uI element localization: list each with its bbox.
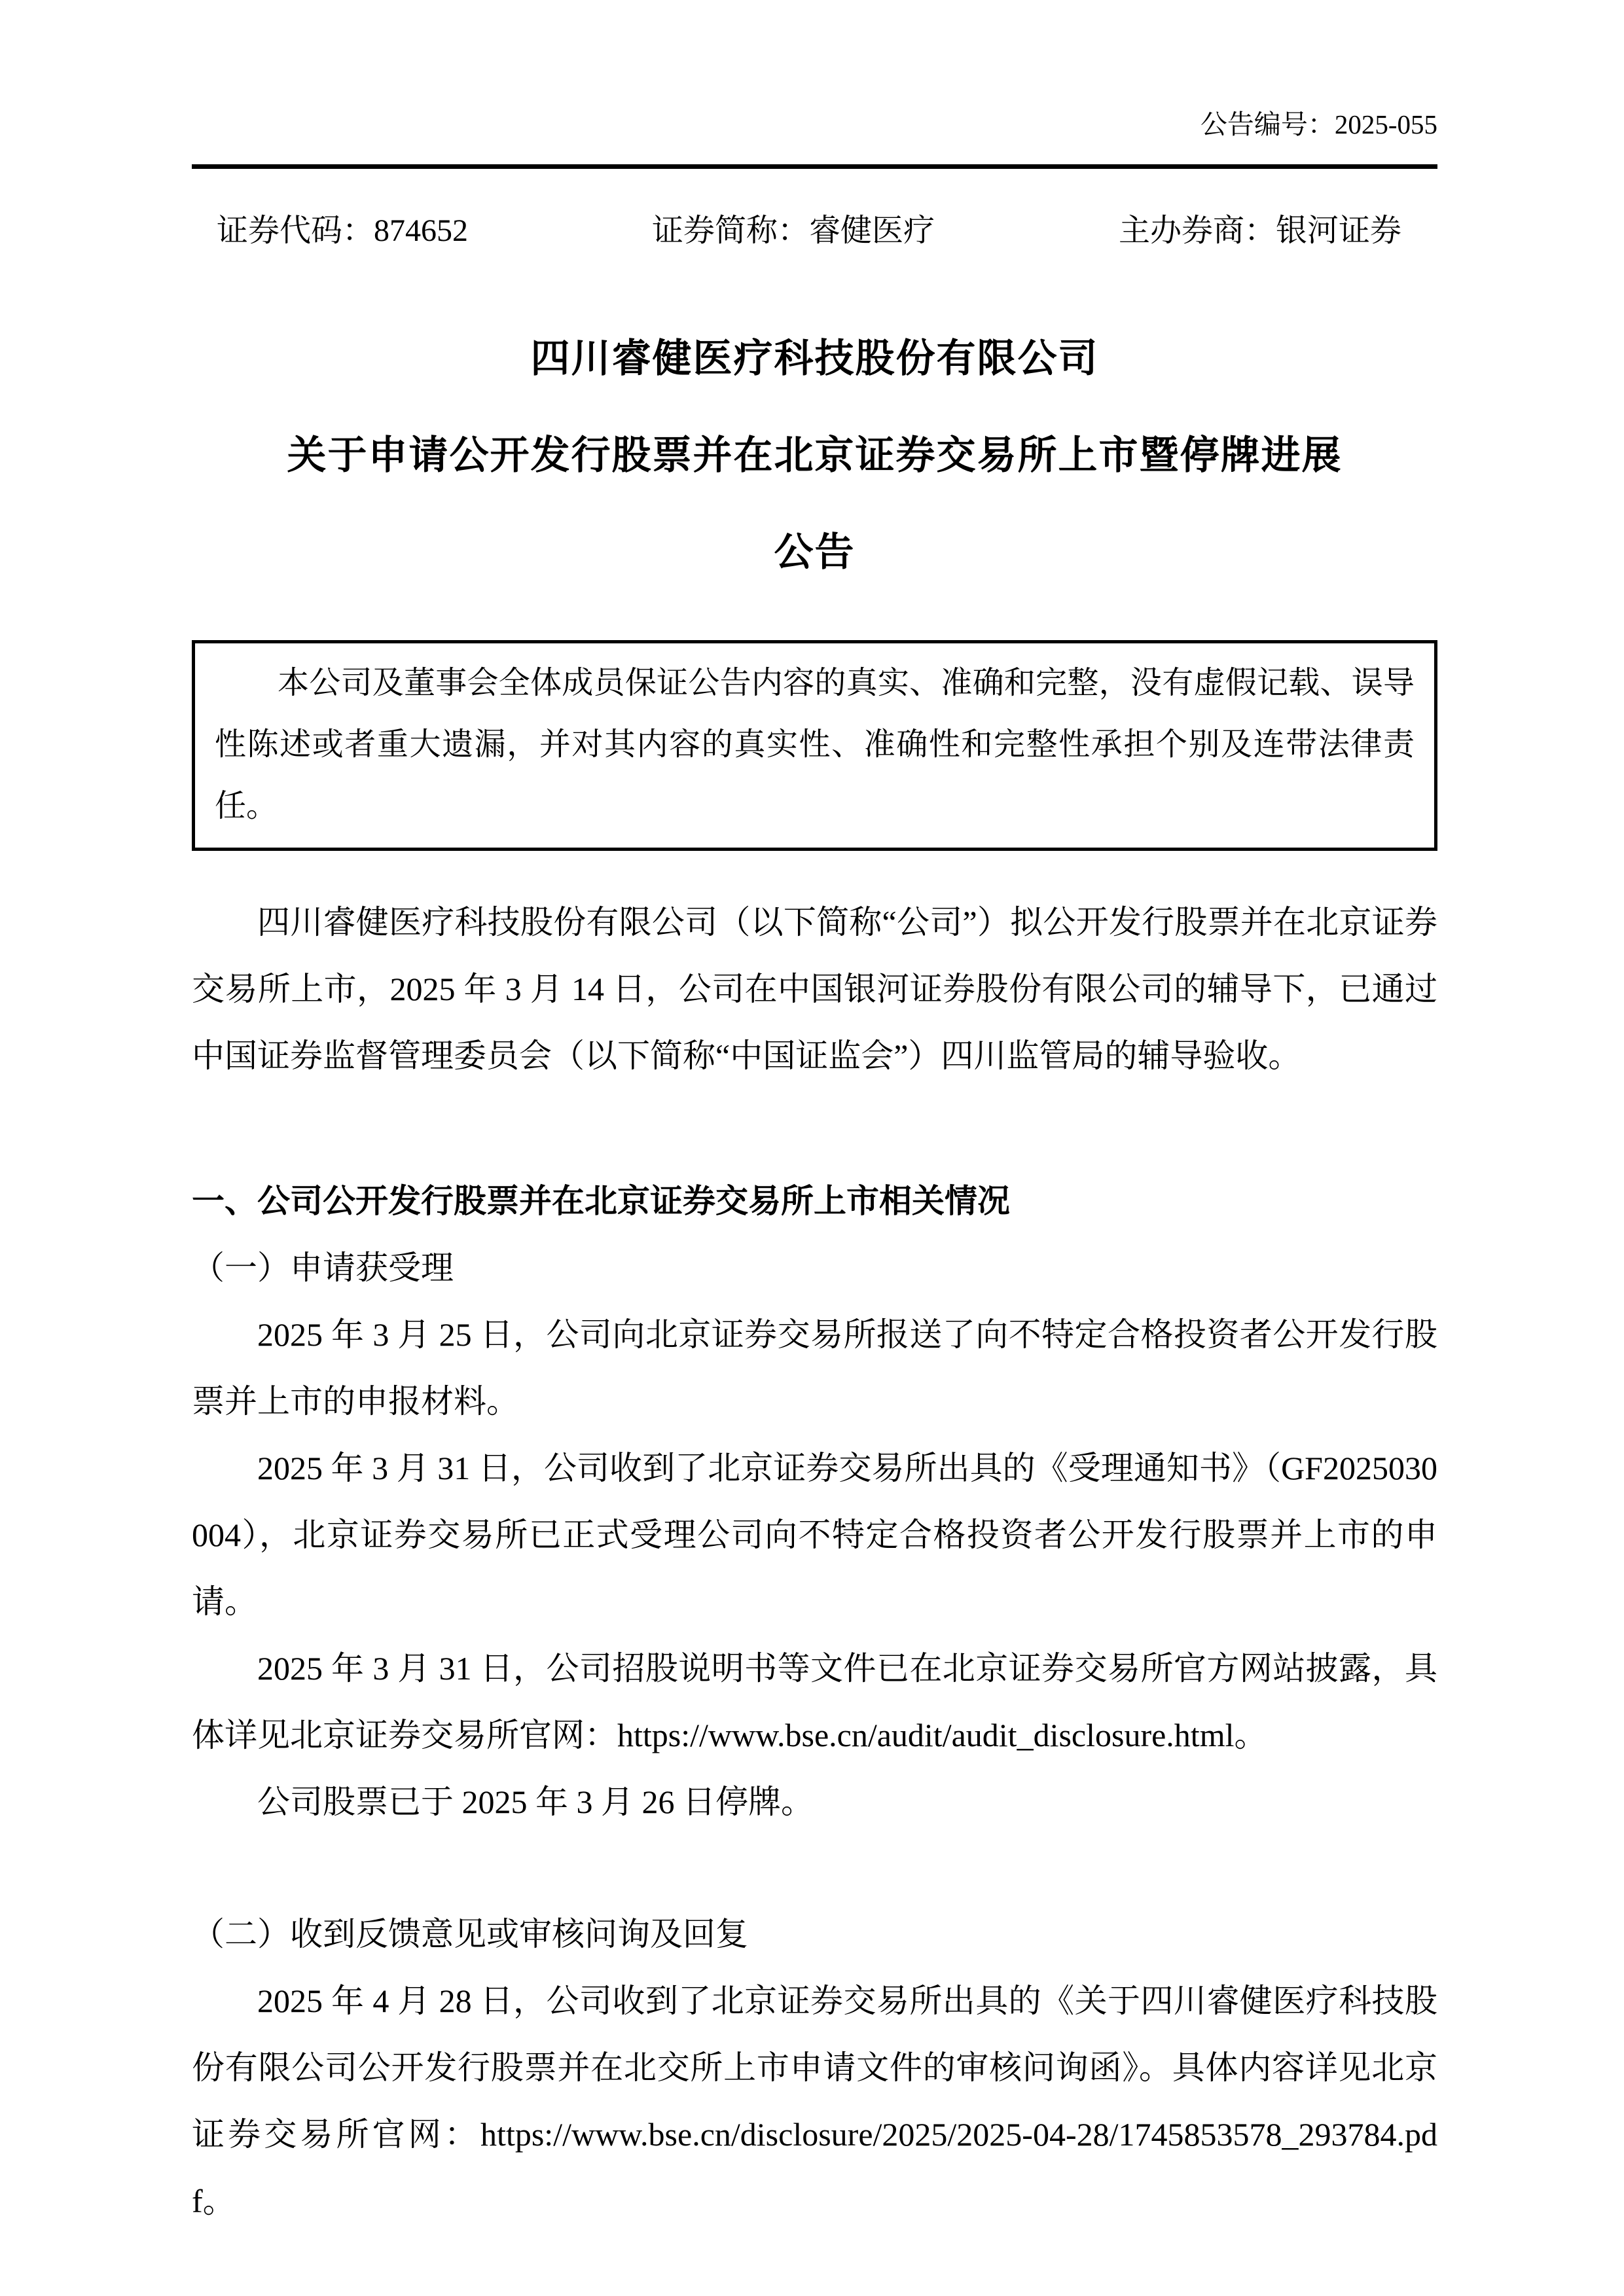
subsection-2-paragraph-1: 2025 年 4 月 28 日，公司收到了北京证券交易所出具的《关于四川睿健医疗… [192, 1967, 1437, 2234]
subsection-1-paragraph-3: 2025 年 3 月 31 日，公司招股说明书等文件已在北京证券交易所官方网站披… [192, 1635, 1437, 1768]
stock-short-name-label: 证券简称：睿健医疗 [652, 212, 935, 250]
section-1-heading: 一、公司公开发行股票并在北京证券交易所上市相关情况 [192, 1168, 1437, 1234]
title-company-name: 四川睿健医疗科技股份有限公司 [192, 310, 1437, 407]
notice-number: 公告编号：2025-055 [192, 0, 1437, 139]
sponsor-broker-label: 主办券商：银河证券 [1119, 212, 1401, 250]
subsection-1-paragraph-2: 2025 年 3 月 31 日，公司收到了北京证券交易所出具的《受理通知书》（G… [192, 1435, 1437, 1635]
title-subject: 关于申请公开发行股票并在北京证券交易所上市暨停牌进展 [192, 407, 1437, 504]
subsection-2-heading: （二）收到反馈意见或审核问询及回复 [192, 1901, 1437, 1967]
subsection-1-heading: （一）申请获受理 [192, 1234, 1437, 1301]
announcement-page: { "document": { "notice_number": "公告编号：2… [0, 0, 1624, 2296]
document-page: 公告编号：2025-055 证券代码：874652 证券简称：睿健医疗 主办券商… [0, 0, 1624, 2296]
intro-paragraph: 四川睿健医疗科技股份有限公司（以下简称“公司”）拟公开发行股票并在北京证券交易所… [192, 889, 1437, 1089]
header-divider-rule [192, 164, 1437, 169]
announcement-title: 四川睿健医疗科技股份有限公司 关于申请公开发行股票并在北京证券交易所上市暨停牌进… [192, 310, 1437, 601]
board-declaration-box: 本公司及董事会全体成员保证公告内容的真实、准确和完整，没有虚假记载、误导性陈述或… [192, 640, 1437, 851]
title-doc-type: 公告 [192, 504, 1437, 601]
stock-code-label: 证券代码：874652 [217, 212, 468, 250]
subsection-1-paragraph-1: 2025 年 3 月 25 日，公司向北京证券交易所报送了向不特定合格投资者公开… [192, 1301, 1437, 1435]
stock-info-bar: 证券代码：874652 证券简称：睿健医疗 主办券商：银河证券 [192, 212, 1437, 250]
subsection-1-paragraph-4: 公司股票已于 2025 年 3 月 26 日停牌。 [192, 1768, 1437, 1835]
